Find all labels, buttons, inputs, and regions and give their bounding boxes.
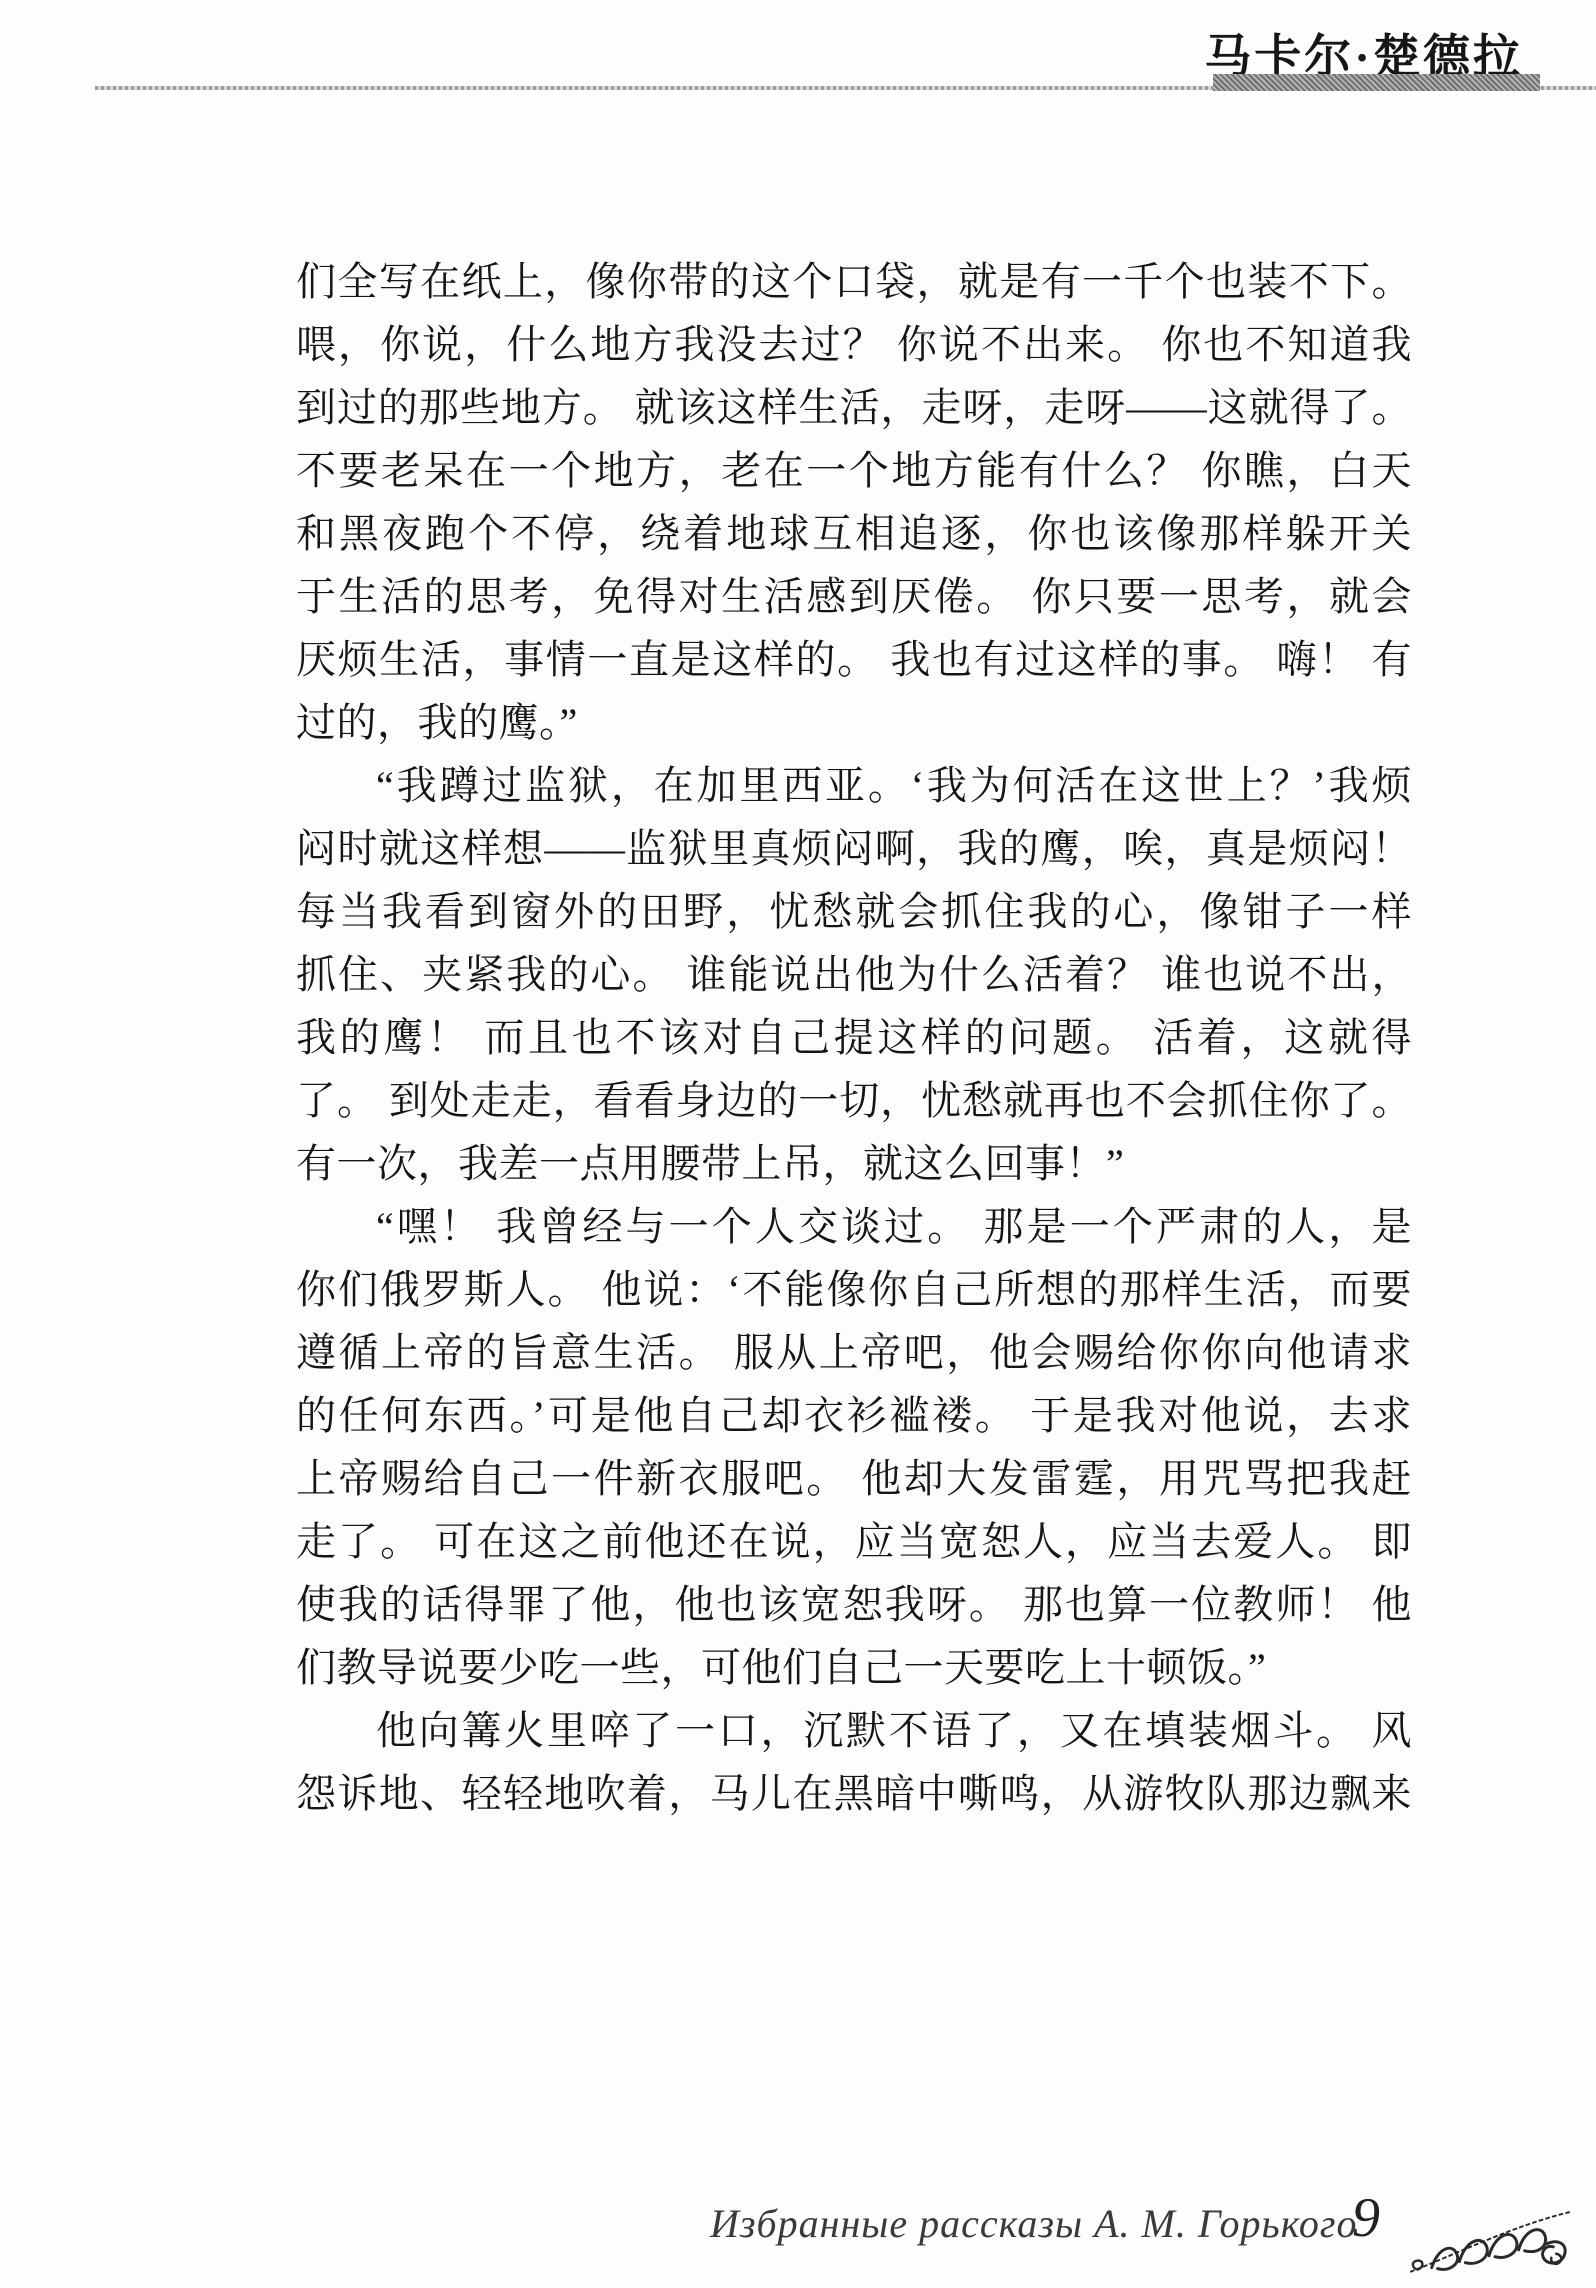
- book-page: 马卡尔·楚德拉 们全写在纸上，像你带的这个口袋，就是有一千个也装不下。喂，你说，…: [0, 0, 1596, 2288]
- text-line: 厌烦生活，事情一直是这样的。 我也有过这样的事。 嗨！ 有: [296, 628, 1412, 691]
- text-line: 使我的话得罪了他，他也该宽恕我呀。 那也算一位教师！ 他: [296, 1573, 1412, 1636]
- paragraph: “嘿！ 我曾经与一个人交谈过。 那是一个严肃的人，是你们俄罗斯人。 他说：‘不能…: [296, 1195, 1412, 1699]
- text-line: 闷时就这样想——监狱里真烦闷啊，我的鹰，唉，真是烦闷！: [296, 817, 1412, 880]
- body-text: 们全写在纸上，像你带的这个口袋，就是有一千个也装不下。喂，你说，什么地方我没去过…: [296, 250, 1412, 1825]
- text-line: 上帝赐给自己一件新衣服吧。 他却大发雷霆，用咒骂把我赶: [296, 1447, 1412, 1510]
- text-line: 们全写在纸上，像你带的这个口袋，就是有一千个也装不下。: [296, 250, 1412, 313]
- text-line: 你们俄罗斯人。 他说：‘不能像你自己所想的那样生活，而要: [296, 1258, 1412, 1321]
- footer: Избранные рассказы А. М. Горького 9: [0, 2178, 1596, 2288]
- text-line: 我的鹰！ 而且也不该对自己提这样的问题。 活着，这就得: [296, 1006, 1412, 1069]
- text-line: 抓住、夹紧我的心。 谁能说出他为什么活着？ 谁也说不出，: [296, 943, 1412, 1006]
- text-line: 喂，你说，什么地方我没去过？ 你说不出来。 你也不知道我: [296, 313, 1412, 376]
- header-rule-band: [1213, 74, 1540, 91]
- text-line: 和黑夜跑个不停，绕着地球互相追逐，你也该像那样躲开关: [296, 502, 1412, 565]
- paragraph: 他向篝火里啐了一口，沉默不语了，又在填装烟斗。 风怨诉地、轻轻地吹着，马儿在黑暗…: [296, 1699, 1412, 1825]
- footer-book-title: Избранные рассказы А. М. Горького: [710, 2200, 1358, 2247]
- text-line: 他向篝火里啐了一口，沉默不语了，又在填装烟斗。 风: [296, 1699, 1412, 1762]
- text-line: 到过的那些地方。 就该这样生活，走呀，走呀——这就得了。: [296, 376, 1412, 439]
- text-line: 了。 到处走走，看看身边的一切，忧愁就再也不会抓住你了。: [296, 1069, 1412, 1132]
- text-line: 不要老呆在一个地方，老在一个地方能有什么？ 你瞧，白天: [296, 439, 1412, 502]
- text-line: 有一次，我差一点用腰带上吊，就这么回事！”: [296, 1132, 1412, 1195]
- page-number: 9: [1352, 2186, 1380, 2250]
- quill-feather-icon: [1408, 2184, 1576, 2284]
- text-line: 过的，我的鹰。”: [296, 691, 1412, 754]
- text-line: 走了。 可在这之前他还在说，应当宽恕人，应当去爱人。 即: [296, 1510, 1412, 1573]
- text-line: “我蹲过监狱，在加里西亚。‘我为何活在这世上？’我烦: [296, 754, 1412, 817]
- text-line: 遵循上帝的旨意生活。 服从上帝吧，他会赐给你你向他请求: [296, 1321, 1412, 1384]
- text-line: 怨诉地、轻轻地吹着，马儿在黑暗中嘶鸣，从游牧队那边飘来: [296, 1762, 1412, 1825]
- text-line: 的任何东西。’可是他自己却衣衫褴褛。 于是我对他说，去求: [296, 1384, 1412, 1447]
- paragraph: 们全写在纸上，像你带的这个口袋，就是有一千个也装不下。喂，你说，什么地方我没去过…: [296, 250, 1412, 754]
- text-line: 们教导说要少吃一些，可他们自己一天要吃上十顿饭。”: [296, 1636, 1412, 1699]
- text-line: 于生活的思考，免得对生活感到厌倦。 你只要一思考，就会: [296, 565, 1412, 628]
- text-line: 每当我看到窗外的田野，忧愁就会抓住我的心，像钳子一样: [296, 880, 1412, 943]
- paragraph: “我蹲过监狱，在加里西亚。‘我为何活在这世上？’我烦闷时就这样想——监狱里真烦闷…: [296, 754, 1412, 1195]
- text-line: “嘿！ 我曾经与一个人交谈过。 那是一个严肃的人，是: [296, 1195, 1412, 1258]
